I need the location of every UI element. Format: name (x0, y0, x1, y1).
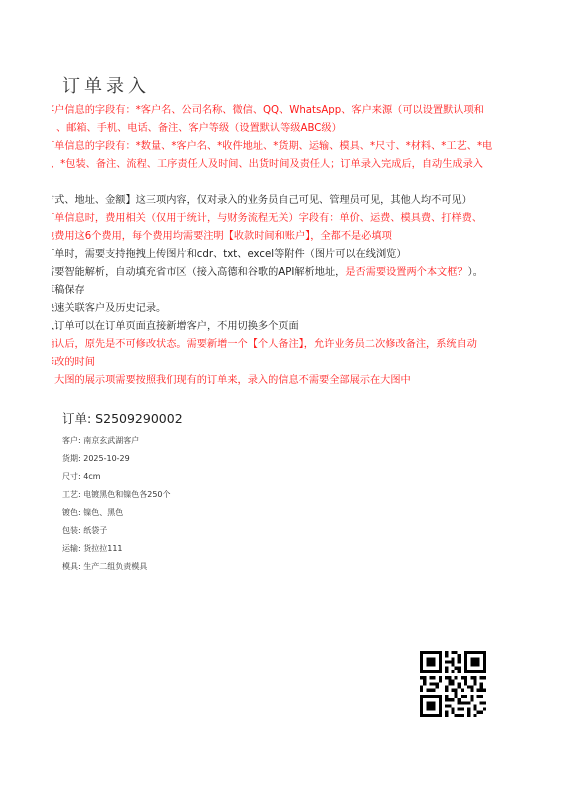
order-field-shipping: 运输: 货拉拉111 (62, 540, 183, 558)
note-line: 修改的时间 (52, 354, 566, 372)
order-field-craft: 工艺: 电镀黑色和镍色各250个 (62, 486, 183, 504)
order-field-mold: 模具: 生产二组负责模具 (62, 558, 183, 576)
note-line: 、*包装、备注、流程、工序责任人及时间、出货时间及责任人；订单录入完成后，自动生… (52, 156, 566, 174)
note-line: 需要智能解析，自动填充省市区（接入高德和谷歌的API解析地址，是否需要设置两个本… (52, 264, 566, 282)
order-card: 订单: S2509290002 客户: 南京玄武湖客户 货期: 2025-10-… (62, 408, 183, 576)
order-field-size: 尺寸: 4cm (62, 468, 183, 486)
note-line: 确认后，原先是不可修改状态。需要新增一个【个人备注】，允许业务员二次修改备注，系… (52, 336, 566, 354)
note-line: 草稿保存 (52, 282, 566, 300)
requirements-notes: 客户信息的字段有：*客户名、公司名称、微信、QQ、WhatsApp、客户来源（可… (52, 102, 566, 390)
order-field-customer: 客户: 南京玄武湖客户 (62, 432, 183, 450)
note-line: 、邮箱、手机、电话、备注、客户等级（设置默认等级ABC级） (52, 120, 566, 138)
note-line: 客户信息的字段有：*客户名、公司名称、微信、QQ、WhatsApp、客户来源（可… (52, 102, 566, 120)
note-line: 快速关联客户及历史记录。 (52, 300, 566, 318)
order-field-plating: 镀色: 镍色、黑色 (62, 504, 183, 522)
note-line: ：大图的展示项需要按照我们现有的订单来，录入的信息不需要全部展示在大图中 (52, 372, 566, 390)
note-line: 他费用这6个费用，每个费用均需要注明【收款时间和账户】，全都不是必填项 (52, 228, 566, 246)
note-line: 方式、地址、金额】这三项内容，仅对录入的业务员自己可见、管理员可见，其他人均不可… (52, 192, 566, 210)
note-line: 入订单可以在订单页面直接新增客户，不用切换多个页面 (52, 318, 566, 336)
note-line: 订单时，需要支持拖拽上传图片和cdr、txt、excel等附件（图片可以在线浏览… (52, 246, 566, 264)
qr-code-icon (420, 651, 486, 717)
note-line: 订单信息的字段有：*数量、*客户名、*收件地址、*货期、运输、模具、*尺寸、*材… (52, 138, 566, 156)
order-field-delivery-date: 货期: 2025-10-29 (62, 450, 183, 468)
order-field-packaging: 包装: 纸袋子 (62, 522, 183, 540)
order-number: 订单: S2509290002 (62, 408, 183, 430)
page-title: 订单录入 (62, 72, 150, 98)
note-line-blank (52, 174, 566, 192)
note-line: 订单信息时，费用相关（仅用于统计，与财务流程无关）字段有：单价、运费、模具费、打… (52, 210, 566, 228)
